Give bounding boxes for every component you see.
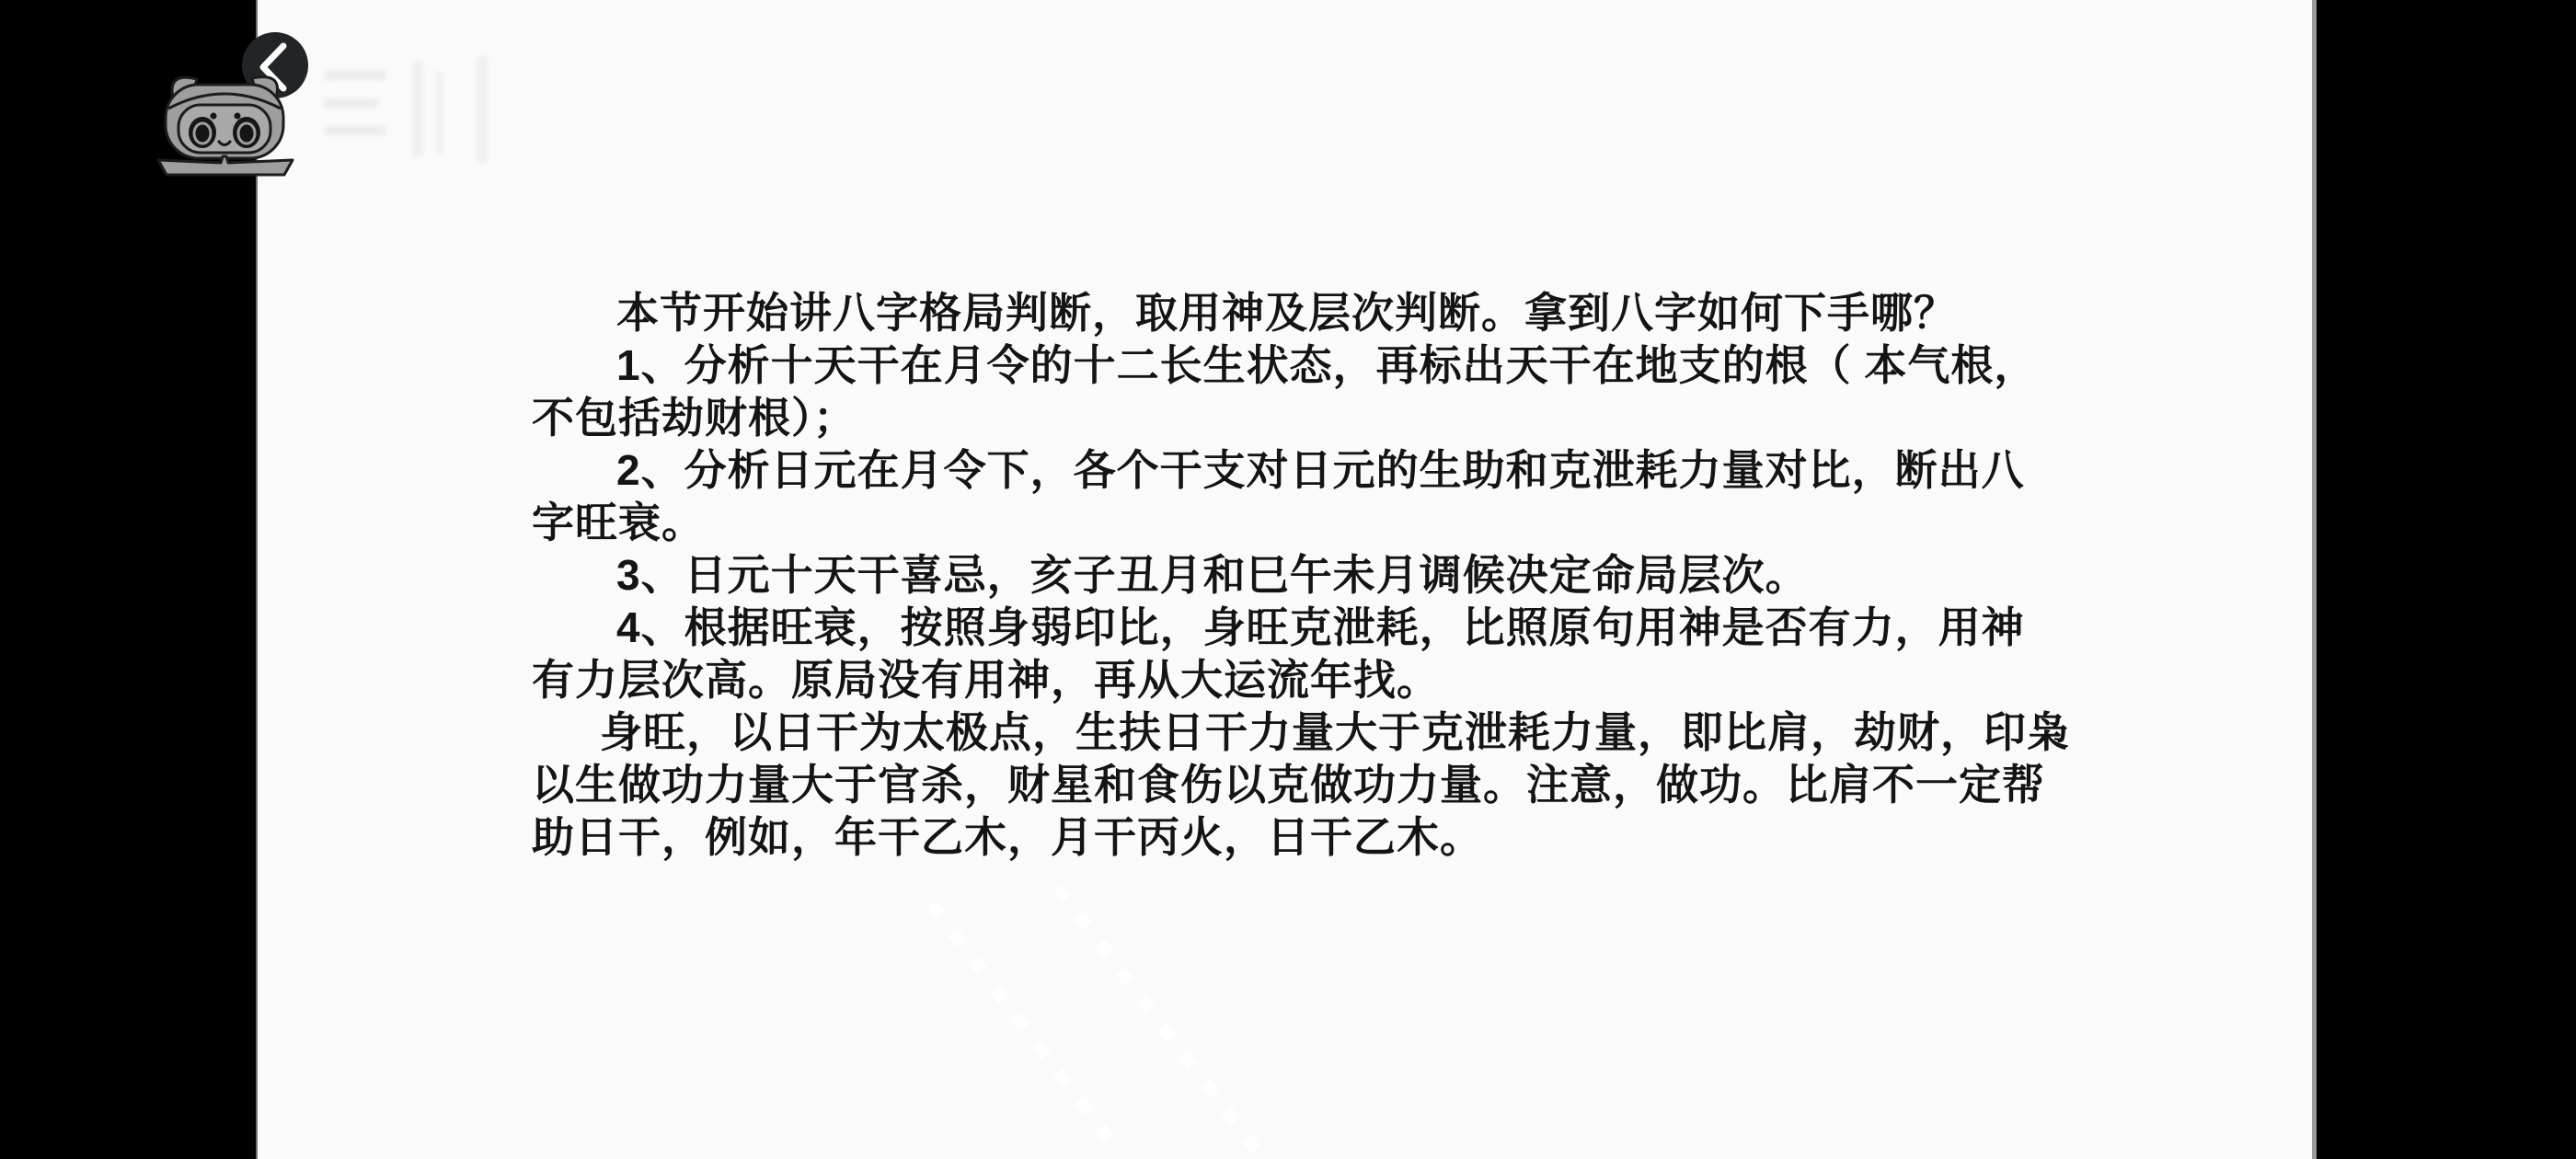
text-line: 2、分析日元在月令下，各个干支对日元的生助和克泄耗力量对比，断出八 — [532, 444, 2107, 497]
text-line: 本节开始讲八字格局判断，取用神及层次判断。拿到八字如何下手哪？ — [532, 287, 2107, 339]
text-line: 以生做功力量大于官杀，财星和食伤以克做功力量。注意，做功。比肩不一定帮 — [532, 759, 2107, 811]
text-line: 1、分析十天干在月令的十二长生状态，再标出天干在地支的根（ 本气根， — [532, 339, 2107, 392]
text-line: 不包括劫财根）； — [532, 392, 2107, 444]
app-screen: 本节开始讲八字格局判断，取用神及层次判断。拿到八字如何下手哪？ 1、分析十天干在… — [0, 0, 2576, 1159]
text-line: 有力层次高。原局没有用神，再从大运流年找。 — [532, 654, 2107, 706]
text-line: 身旺，以日干为太极点，生扶日干力量大于克泄耗力量，即比肩，劫财，印枭 — [532, 706, 2107, 759]
text-line: 助日干，例如，年干乙木，月干丙火，日干乙木。 — [532, 811, 2107, 864]
lecture-text: 本节开始讲八字格局判断，取用神及层次判断。拿到八字如何下手哪？ 1、分析十天干在… — [532, 287, 2107, 864]
faint-watermark-top — [324, 51, 499, 166]
cat-mascot-icon — [155, 68, 311, 177]
text-line: 4、根据旺衰，按照身弱印比，身旺克泄耗，比照原句用神是否有力，用神 — [532, 602, 2107, 654]
text-line: 3、日元十天干喜忌，亥子丑月和巳午未月调候决定命局层次。 — [532, 549, 2107, 602]
text-line: 字旺衰。 — [532, 497, 2107, 549]
letterbox-right — [2317, 0, 2576, 1159]
